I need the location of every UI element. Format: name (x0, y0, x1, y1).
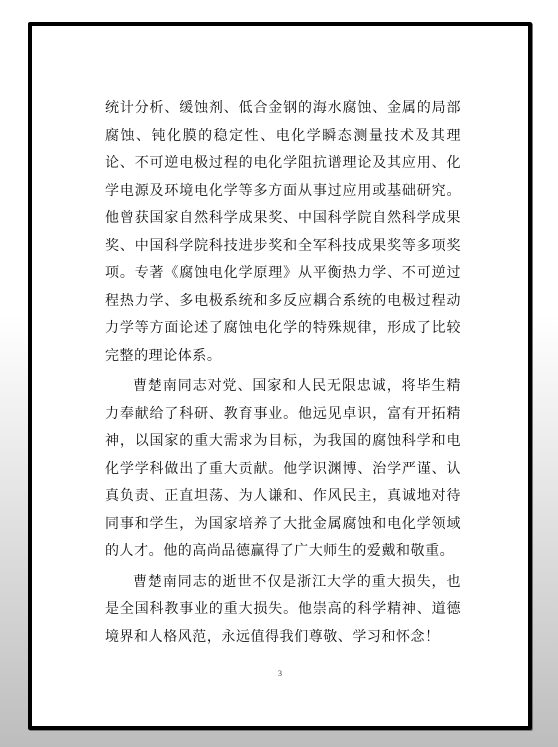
paragraph-2: 曹楚南同志对党、国家和人民无限忠诚，将毕生精力奉献给了科研、教育事业。他远见卓识… (105, 373, 461, 566)
paragraph-3: 曹楚南同志的逝世不仅是浙江大学的重大损失，也是全国科教事业的重大损失。他崇高的科… (105, 569, 461, 652)
document-page: 统计分析、缓蚀剂、低合金钢的海水腐蚀、金属的局部腐蚀、钝化膜的稳定性、电化学瞬态… (28, 22, 532, 730)
page-body: 统计分析、缓蚀剂、低合金钢的海水腐蚀、金属的局部腐蚀、钝化膜的稳定性、电化学瞬态… (105, 95, 461, 654)
paragraph-1: 统计分析、缓蚀剂、低合金钢的海水腐蚀、金属的局部腐蚀、钝化膜的稳定性、电化学瞬态… (105, 95, 461, 370)
page-number: 3 (32, 669, 528, 678)
